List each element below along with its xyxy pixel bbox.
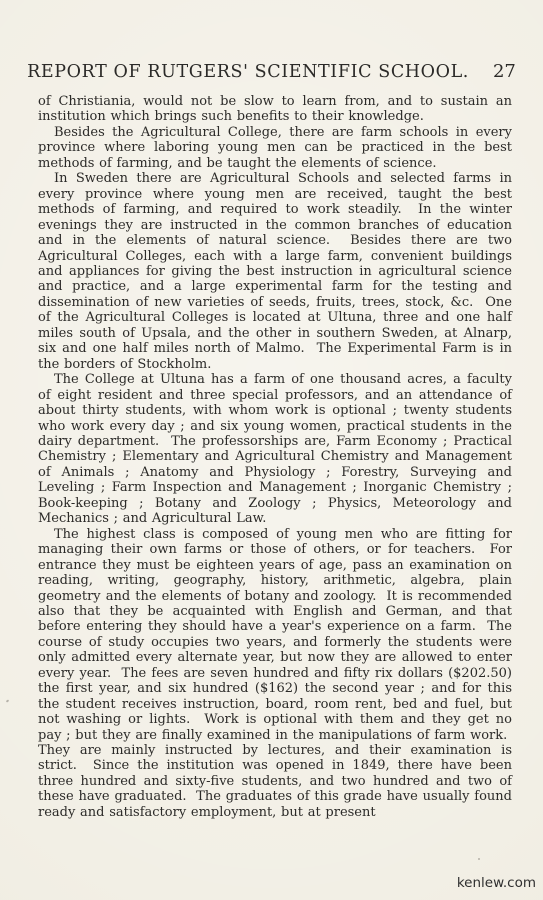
paragraph: Besides the Agricultural College, there … [38,125,512,171]
paragraph: The highest class is composed of young m… [38,527,512,821]
scan-speck [478,858,480,860]
paragraph: The College at Ultuna has a farm of one … [38,372,512,527]
running-head: REPORT OF RUTGERS' SCIENTIFIC SCHOOL. 27 [0,61,543,82]
page-title: REPORT OF RUTGERS' SCIENTIFIC SCHOOL. [27,62,469,82]
scan-speck [6,699,10,702]
page-body-text: of Christiania, would not be slow to lea… [38,94,512,820]
watermark: kenlew.com [457,875,536,891]
paragraph: In Sweden there are Agricultural Schools… [38,171,512,372]
paragraph-continuation: of Christiania, would not be slow to lea… [38,94,512,125]
page-number: 27 [493,61,516,82]
scanned-book-page: REPORT OF RUTGERS' SCIENTIFIC SCHOOL. 27… [0,0,543,900]
